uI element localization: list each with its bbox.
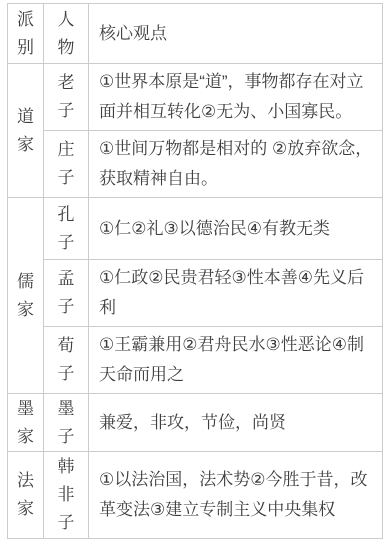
viewpoint-cell-zhuangzi: ①世间万物都是相对的 ②放弃欲念，获取精神自由。 xyxy=(89,131,383,198)
school-cell-mojia: 墨家 xyxy=(8,394,44,452)
header-school-label: 派别 xyxy=(16,6,34,62)
table-row-mozi: 墨家 墨子 兼爱，非攻，节俭，尚贤 xyxy=(8,394,383,452)
person-label-mengzi: 孟子 xyxy=(57,265,75,321)
viewpoint-cell-kongzi: ①仁②礼③以德治民④有教无类 xyxy=(89,198,383,260)
header-viewpoint: 核心观点 xyxy=(89,4,383,64)
philosophy-schools-table: 派别 人物 核心观点 道家 老子 ①世界本原是“道”，事物都存在对立面并相互转化… xyxy=(7,3,383,539)
person-cell-mengzi: 孟子 xyxy=(44,260,89,327)
school-cell-fajia: 法家 xyxy=(8,452,44,539)
table-row-laozi: 道家 老子 ①世界本原是“道”，事物都存在对立面并相互转化②无为、小国寡民。 xyxy=(8,64,383,131)
person-cell-laozi: 老子 xyxy=(44,64,89,131)
school-label-rujia: 儒家 xyxy=(16,268,34,324)
school-cell-daojia: 道家 xyxy=(8,64,44,198)
viewpoint-cell-mozi: 兼爱，非攻，节俭，尚贤 xyxy=(89,394,383,452)
viewpoint-cell-laozi: ①世界本原是“道”，事物都存在对立面并相互转化②无为、小国寡民。 xyxy=(89,64,383,131)
table-header-row: 派别 人物 核心观点 xyxy=(8,4,383,64)
person-label-laozi: 老子 xyxy=(57,69,75,125)
header-person: 人物 xyxy=(44,4,89,64)
person-label-hanfeizi: 韩非子 xyxy=(57,453,75,537)
person-cell-xunzi: 荀子 xyxy=(44,327,89,394)
header-school: 派别 xyxy=(8,4,44,64)
table-row-hanfeizi: 法家 韩非子 ①以法治国，法术势②今胜于昔，改革变法③建立专制主义中央集权 xyxy=(8,452,383,539)
viewpoint-cell-mengzi: ①仁政②民贵君轻③性本善④先义后利 xyxy=(89,260,383,327)
table-row-kongzi: 儒家 孔子 ①仁②礼③以德治民④有教无类 xyxy=(8,198,383,260)
school-label-fajia: 法家 xyxy=(16,467,34,523)
table-row-zhuangzi: 庄子 ①世间万物都是相对的 ②放弃欲念，获取精神自由。 xyxy=(8,131,383,198)
viewpoint-cell-xunzi: ①王霸兼用②君舟民水③性恶论④制天命而用之 xyxy=(89,327,383,394)
table-row-xunzi: 荀子 ①王霸兼用②君舟民水③性恶论④制天命而用之 xyxy=(8,327,383,394)
person-cell-zhuangzi: 庄子 xyxy=(44,131,89,198)
viewpoint-cell-hanfeizi: ①以法治国，法术势②今胜于昔，改革变法③建立专制主义中央集权 xyxy=(89,452,383,539)
table-row-mengzi: 孟子 ①仁政②民贵君轻③性本善④先义后利 xyxy=(8,260,383,327)
school-cell-rujia: 儒家 xyxy=(8,198,44,394)
person-cell-kongzi: 孔子 xyxy=(44,198,89,260)
header-person-label: 人物 xyxy=(57,6,75,62)
person-cell-mozi: 墨子 xyxy=(44,394,89,452)
school-label-daojia: 道家 xyxy=(16,103,34,159)
person-label-zhuangzi: 庄子 xyxy=(57,136,75,192)
person-label-mozi: 墨子 xyxy=(57,395,75,451)
person-cell-hanfeizi: 韩非子 xyxy=(44,452,89,539)
person-label-xunzi: 荀子 xyxy=(57,332,75,388)
person-label-kongzi: 孔子 xyxy=(57,201,75,257)
school-label-mojia: 墨家 xyxy=(16,395,34,451)
